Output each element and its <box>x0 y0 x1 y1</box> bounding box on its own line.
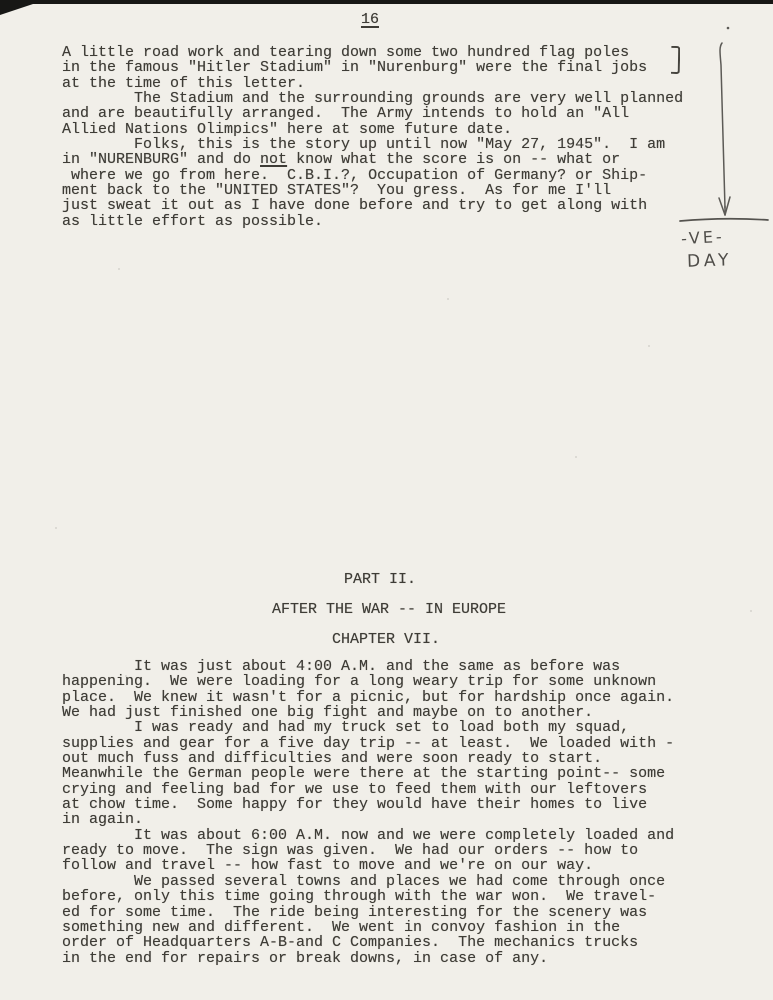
body-text-bottom: It was just about 4:00 A.M. and the same… <box>62 659 710 966</box>
ve-day-annotation-line1: -VE- <box>681 227 726 248</box>
section-title: AFTER THE WAR -- IN EUROPE <box>272 601 506 618</box>
document-page: 16 A little road work and tearing down s… <box>0 0 773 1000</box>
paragraph-6: It was about 6:00 A.M. now and we were c… <box>62 827 674 875</box>
chapter-heading: CHAPTER VII. <box>332 631 440 648</box>
ve-day-annotation-line2: DAY <box>687 250 733 272</box>
page-number: 16 <box>0 11 740 28</box>
paragraph-7: We passed several towns and places we ha… <box>62 873 665 967</box>
body-text-top: A little road work and tearing down some… <box>62 45 710 229</box>
scan-edge-top <box>0 0 773 4</box>
paragraph-5: I was ready and had my truck set to load… <box>62 719 674 828</box>
paper-speck <box>648 345 650 347</box>
paragraph-1: A little road work and tearing down some… <box>62 44 647 92</box>
ve-day-down-arrow-icon <box>670 20 773 255</box>
paper-speck <box>575 456 577 458</box>
paper-speck <box>118 268 120 270</box>
paper-speck <box>360 577 362 579</box>
paragraph-2: The Stadium and the surrounding grounds … <box>62 90 683 138</box>
paper-speck <box>55 527 57 529</box>
paper-speck <box>750 610 752 612</box>
paper-speck <box>447 298 449 300</box>
paragraph-4: It was just about 4:00 A.M. and the same… <box>62 658 674 721</box>
part-heading: PART II. <box>344 571 416 588</box>
paper-speck <box>125 675 127 677</box>
